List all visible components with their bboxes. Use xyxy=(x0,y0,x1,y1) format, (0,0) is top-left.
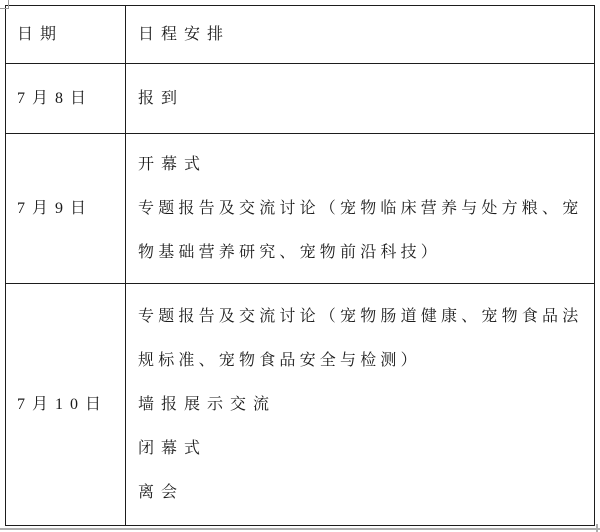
page-edge-line xyxy=(0,528,600,530)
table-row-jul-10: 7月10日 专题报告及交流讨论（宠物肠道健康、宠物食品法规标准、宠物食品安全与检… xyxy=(6,283,594,525)
date-cell[interactable]: 7月10日 xyxy=(6,284,126,525)
document-page: 日期 日程安排 7月8日 报到 7月9日 开幕式 专题报告及交流讨论（宠物临床营… xyxy=(0,0,600,532)
schedule-item: 专题报告及交流讨论（宠物临床营养与处方粮、宠物基础营养研究、宠物前沿科技） xyxy=(138,187,588,275)
schedule-item: 专题报告及交流讨论（宠物肠道健康、宠物食品法规标准、宠物食品安全与检测） xyxy=(138,295,588,383)
schedule-item: 离会 xyxy=(138,471,588,515)
table-move-handle-icon[interactable] xyxy=(0,0,9,9)
table-header-row: 日期 日程安排 xyxy=(6,6,594,63)
date-column-header-cell[interactable]: 日期 xyxy=(6,6,126,63)
date-label: 7月10日 xyxy=(17,383,108,427)
date-cell[interactable]: 7月8日 xyxy=(6,64,126,133)
table-row-jul-8: 7月8日 报到 xyxy=(6,63,594,133)
table-row-jul-9: 7月9日 开幕式 专题报告及交流讨论（宠物临床营养与处方粮、宠物基础营养研究、宠… xyxy=(6,133,594,283)
date-cell[interactable]: 7月9日 xyxy=(6,134,126,283)
schedule-item: 报到 xyxy=(138,77,588,121)
date-label: 7月9日 xyxy=(17,187,93,231)
date-label: 7月8日 xyxy=(17,77,93,121)
schedule-item: 墙报展示交流 xyxy=(138,383,588,427)
schedule-cell[interactable]: 专题报告及交流讨论（宠物肠道健康、宠物食品法规标准、宠物食品安全与检测） 墙报展… xyxy=(126,284,594,525)
table-resize-handle-icon[interactable] xyxy=(596,524,598,532)
schedule-cell[interactable]: 报到 xyxy=(126,64,594,133)
schedule-column-header-label: 日程安排 xyxy=(138,13,588,57)
date-column-header-label: 日期 xyxy=(17,13,63,57)
schedule-item: 闭幕式 xyxy=(138,427,588,471)
schedule-table: 日期 日程安排 7月8日 报到 7月9日 开幕式 专题报告及交流讨论（宠物临床营… xyxy=(5,5,595,526)
schedule-item: 开幕式 xyxy=(138,143,588,187)
schedule-column-header-cell[interactable]: 日程安排 xyxy=(126,6,594,63)
schedule-cell[interactable]: 开幕式 专题报告及交流讨论（宠物临床营养与处方粮、宠物基础营养研究、宠物前沿科技… xyxy=(126,134,594,283)
